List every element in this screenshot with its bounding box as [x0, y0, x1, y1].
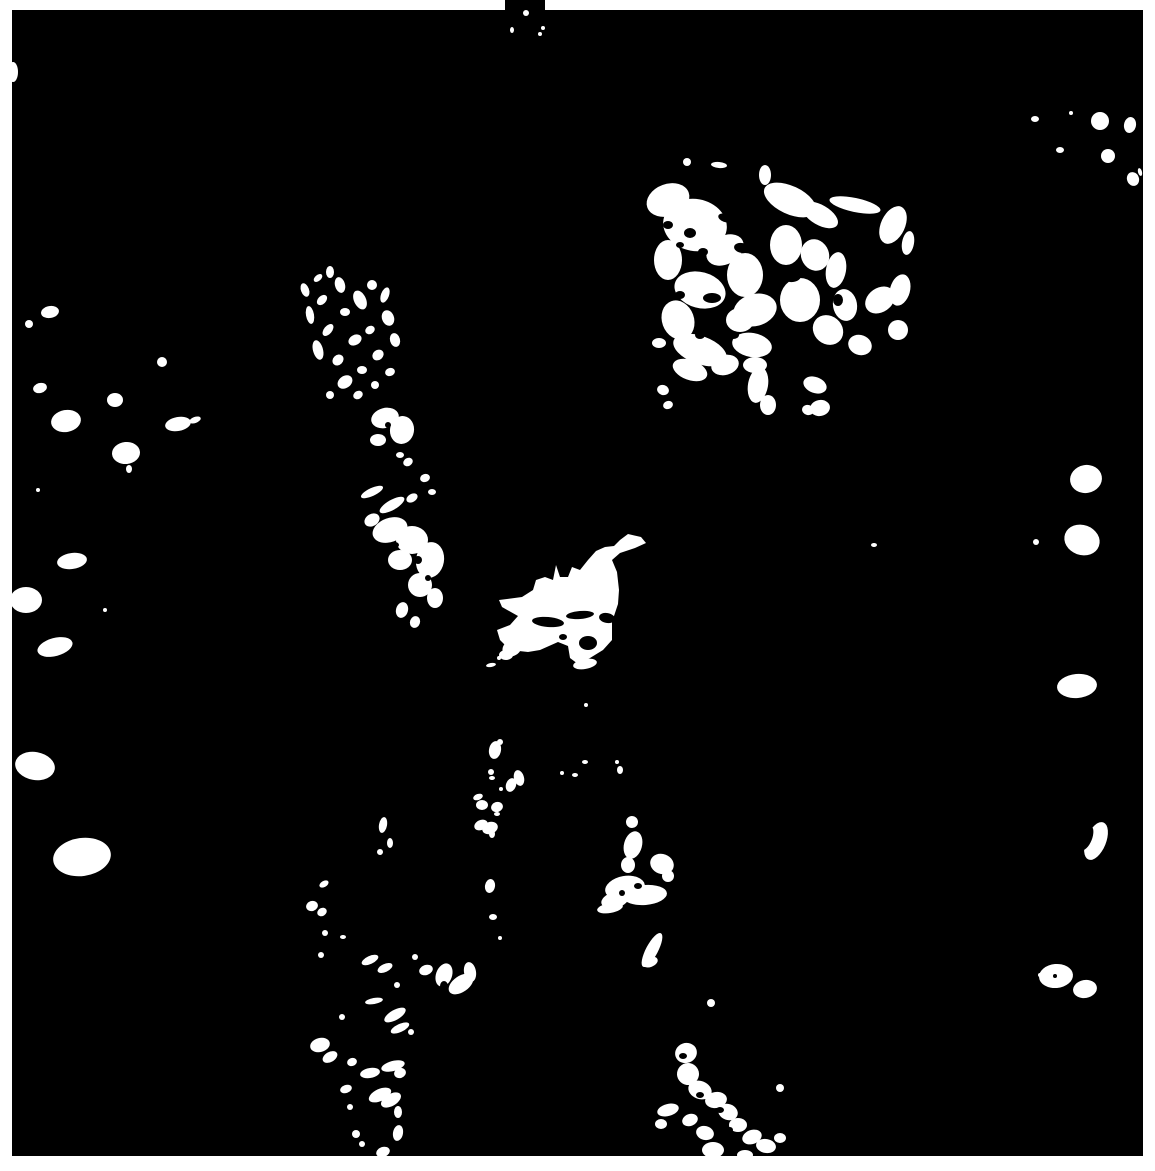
mask-blob — [497, 739, 503, 745]
mask-blob — [428, 489, 436, 495]
mask-blob — [726, 308, 754, 332]
mask-blob — [387, 838, 393, 848]
mask-hole — [767, 326, 777, 334]
mask-hole — [833, 294, 843, 306]
mask-blob — [759, 165, 771, 185]
mask-hole — [863, 316, 877, 328]
mask-blob — [427, 588, 443, 608]
mask-blob — [499, 650, 513, 660]
mask-blob — [339, 1014, 345, 1020]
mask-hole — [727, 331, 739, 339]
mask-blob — [871, 543, 877, 547]
mask-blob — [727, 253, 763, 297]
mask-blob — [1069, 111, 1073, 115]
mask-hole — [641, 875, 649, 881]
mask-blob — [683, 158, 691, 166]
mask-blob — [743, 357, 767, 373]
mask-hole — [782, 354, 794, 362]
mask-hole — [727, 1127, 733, 1133]
mask-blob — [107, 393, 123, 407]
mask-blob — [394, 982, 400, 988]
mask-hole — [634, 883, 642, 889]
mask-blob — [1038, 973, 1042, 977]
mask-blob — [702, 1142, 724, 1158]
mask-blob — [1056, 147, 1064, 153]
mask-hole — [675, 291, 685, 299]
mask-blob — [523, 10, 529, 16]
mask-blob — [10, 587, 42, 613]
mask-blob — [662, 870, 674, 882]
mask-blob — [780, 278, 820, 322]
mask-hole — [663, 221, 673, 229]
binary-mask-figure — [0, 0, 1155, 1171]
mask-hole — [425, 575, 431, 581]
mask-blob — [652, 338, 666, 348]
mask-hole — [684, 228, 696, 238]
mask-hole — [405, 569, 411, 575]
mask-blob — [510, 27, 514, 33]
mask-blob — [617, 766, 623, 774]
mask-blob — [36, 488, 40, 492]
mask-hole — [703, 293, 721, 303]
mask-blob — [318, 952, 324, 958]
mask-blob — [25, 320, 33, 328]
mask-blob — [888, 320, 908, 340]
mask-hole — [391, 542, 399, 548]
mask-blob — [707, 999, 715, 1007]
mask-blob — [1091, 112, 1109, 130]
mask-blob — [538, 32, 542, 36]
mask-blob — [371, 381, 379, 389]
mask-blob — [489, 830, 495, 838]
mask-blob — [498, 936, 502, 940]
mask-blob — [488, 769, 494, 775]
frame-top-notch — [505, 0, 545, 10]
mask-hole — [692, 1107, 698, 1113]
mask-hole — [696, 1092, 704, 1098]
mask-blob — [737, 1150, 753, 1160]
mask-hole — [619, 890, 625, 896]
mask-blob — [582, 760, 588, 764]
mask-blob — [560, 771, 564, 775]
mask-blob — [103, 608, 107, 612]
mask-blob — [621, 857, 635, 873]
mask-blob — [370, 434, 386, 446]
mask-blob — [655, 1119, 667, 1129]
binary-mask-image — [0, 0, 1155, 1171]
mask-blob — [359, 1141, 365, 1147]
mask-blob — [8, 62, 18, 82]
mask-blob — [352, 1130, 360, 1138]
mask-hole — [695, 331, 705, 339]
mask-blob — [774, 1133, 786, 1143]
mask-hole — [414, 556, 422, 564]
mask-blob — [388, 550, 412, 570]
mask-hole — [759, 231, 769, 239]
mask-blob — [1033, 539, 1039, 545]
mask-blob — [489, 776, 495, 780]
mask-blob — [340, 935, 346, 939]
mask-hole — [716, 1107, 724, 1113]
mask-blob — [770, 225, 802, 265]
mask-blob — [347, 1104, 353, 1110]
mask-blob — [776, 1084, 784, 1092]
mask-blob — [322, 930, 328, 936]
mask-blob — [340, 308, 350, 316]
mask-blob — [357, 366, 367, 374]
mask-hole — [679, 1053, 687, 1059]
mask-blob — [489, 914, 497, 920]
mask-blob — [377, 849, 383, 855]
mask-blob — [615, 760, 619, 764]
mask-hole — [559, 634, 567, 640]
mask-blob — [584, 703, 588, 707]
mask-hole — [440, 981, 448, 991]
mask-hole — [1053, 974, 1057, 978]
mask-blob — [126, 465, 132, 473]
mask-hole — [676, 242, 684, 248]
mask-blob — [1031, 116, 1039, 122]
mask-blob — [497, 656, 501, 660]
mask-hole — [385, 422, 391, 428]
mask-blob — [394, 1106, 402, 1118]
mask-blob — [572, 773, 578, 777]
mask-blob — [396, 452, 404, 458]
mask-blob — [367, 280, 377, 290]
mask-blob — [499, 787, 503, 791]
mask-blob — [326, 391, 334, 399]
mask-hole — [698, 248, 708, 256]
mask-blob — [326, 266, 334, 278]
mask-blob — [476, 800, 488, 810]
mask-blob — [1101, 149, 1115, 163]
mask-blob — [157, 357, 167, 367]
mask-hole — [799, 325, 811, 335]
mask-blob — [408, 1029, 414, 1035]
mask-blob — [412, 954, 418, 960]
mask-hole — [579, 636, 597, 650]
mask-blob — [760, 395, 776, 415]
mask-blob — [541, 26, 545, 30]
mask-blob — [494, 812, 500, 816]
